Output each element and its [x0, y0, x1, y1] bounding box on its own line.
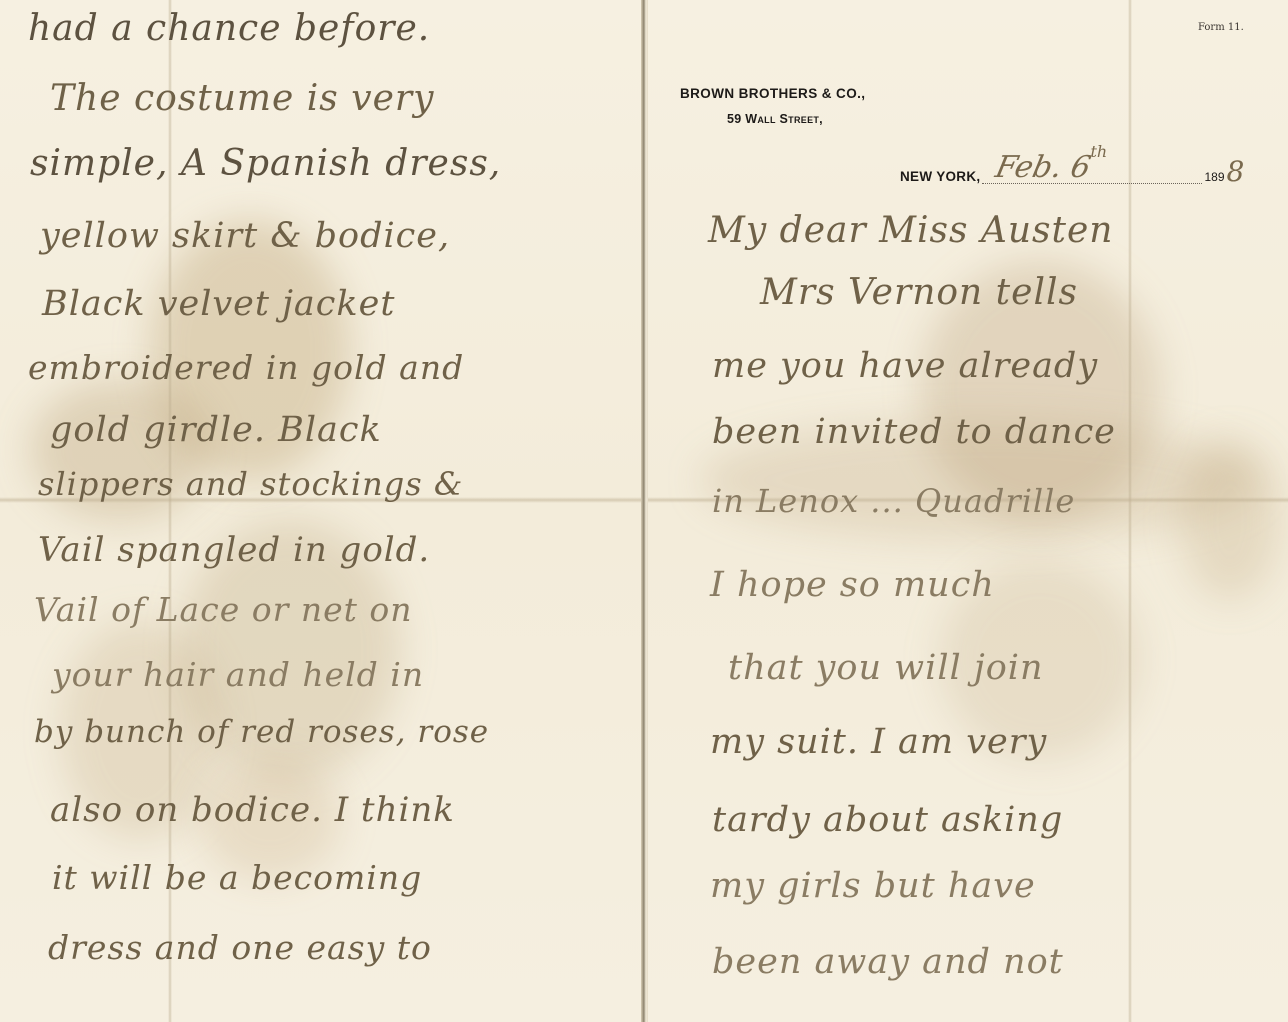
dateline: NEW YORK, Feb. 6 th 189 8 — [900, 160, 1244, 184]
letter-scan: had a chance before. The costume is very… — [0, 0, 1288, 1022]
handwritten-line: Vail spangled in gold. — [38, 530, 430, 570]
handwritten-line: been away and not — [712, 942, 1064, 982]
handwritten-date: Feb. 6 — [993, 150, 1095, 185]
printed-year: 189 — [1204, 170, 1224, 184]
handwritten-line: by bunch of red roses, rose — [34, 714, 489, 750]
handwritten-line: your hair and held in — [52, 655, 424, 694]
left-page: had a chance before. The costume is very… — [0, 0, 644, 1022]
form-number: Form 11. — [1198, 22, 1244, 33]
date-field: Feb. 6 th — [982, 164, 1202, 184]
handwritten-line: it will be a becoming — [52, 858, 422, 897]
paper-fold — [1128, 0, 1132, 1022]
handwritten-line: I hope so much — [710, 565, 995, 605]
handwritten-line: yellow skirt & bodice, — [40, 216, 450, 256]
handwritten-year-digit: 8 — [1227, 160, 1245, 184]
handwritten-line: slippers and stockings & — [38, 465, 463, 503]
handwritten-line: Black velvet jacket — [42, 284, 395, 324]
date-superscript: th — [1090, 142, 1107, 161]
handwritten-line: tardy about asking — [712, 800, 1063, 840]
handwritten-line: dress and one easy to — [48, 928, 432, 967]
handwritten-line: also on bodice. I think — [50, 790, 455, 830]
handwritten-line: The costume is very — [50, 78, 434, 119]
handwritten-line: Vail of Lace or net on — [34, 590, 413, 629]
handwritten-line: in Lenox ... Quadrille — [712, 482, 1075, 520]
handwritten-line: my suit. I am very — [710, 722, 1047, 762]
handwritten-line: me you have already — [712, 346, 1098, 386]
handwritten-line: embroidered in gold and — [28, 348, 464, 387]
handwritten-line: been invited to dance — [712, 412, 1116, 452]
salutation: My dear Miss Austen — [708, 210, 1114, 251]
handwritten-line: that you will join — [728, 648, 1044, 688]
handwritten-line: gold girdle. Black — [50, 410, 382, 450]
handwritten-line: Mrs Vernon tells — [760, 272, 1078, 313]
handwritten-line: simple, A Spanish dress, — [30, 143, 501, 184]
letterhead-city: NEW YORK, — [900, 169, 980, 184]
handwritten-line: my girls but have — [710, 866, 1036, 906]
stain — [1180, 440, 1280, 600]
letterhead-address: 59 Wall Street, — [727, 112, 823, 126]
letterhead-firm-name: BROWN BROTHERS & CO., — [680, 86, 865, 101]
handwritten-line: had a chance before. — [28, 8, 430, 49]
